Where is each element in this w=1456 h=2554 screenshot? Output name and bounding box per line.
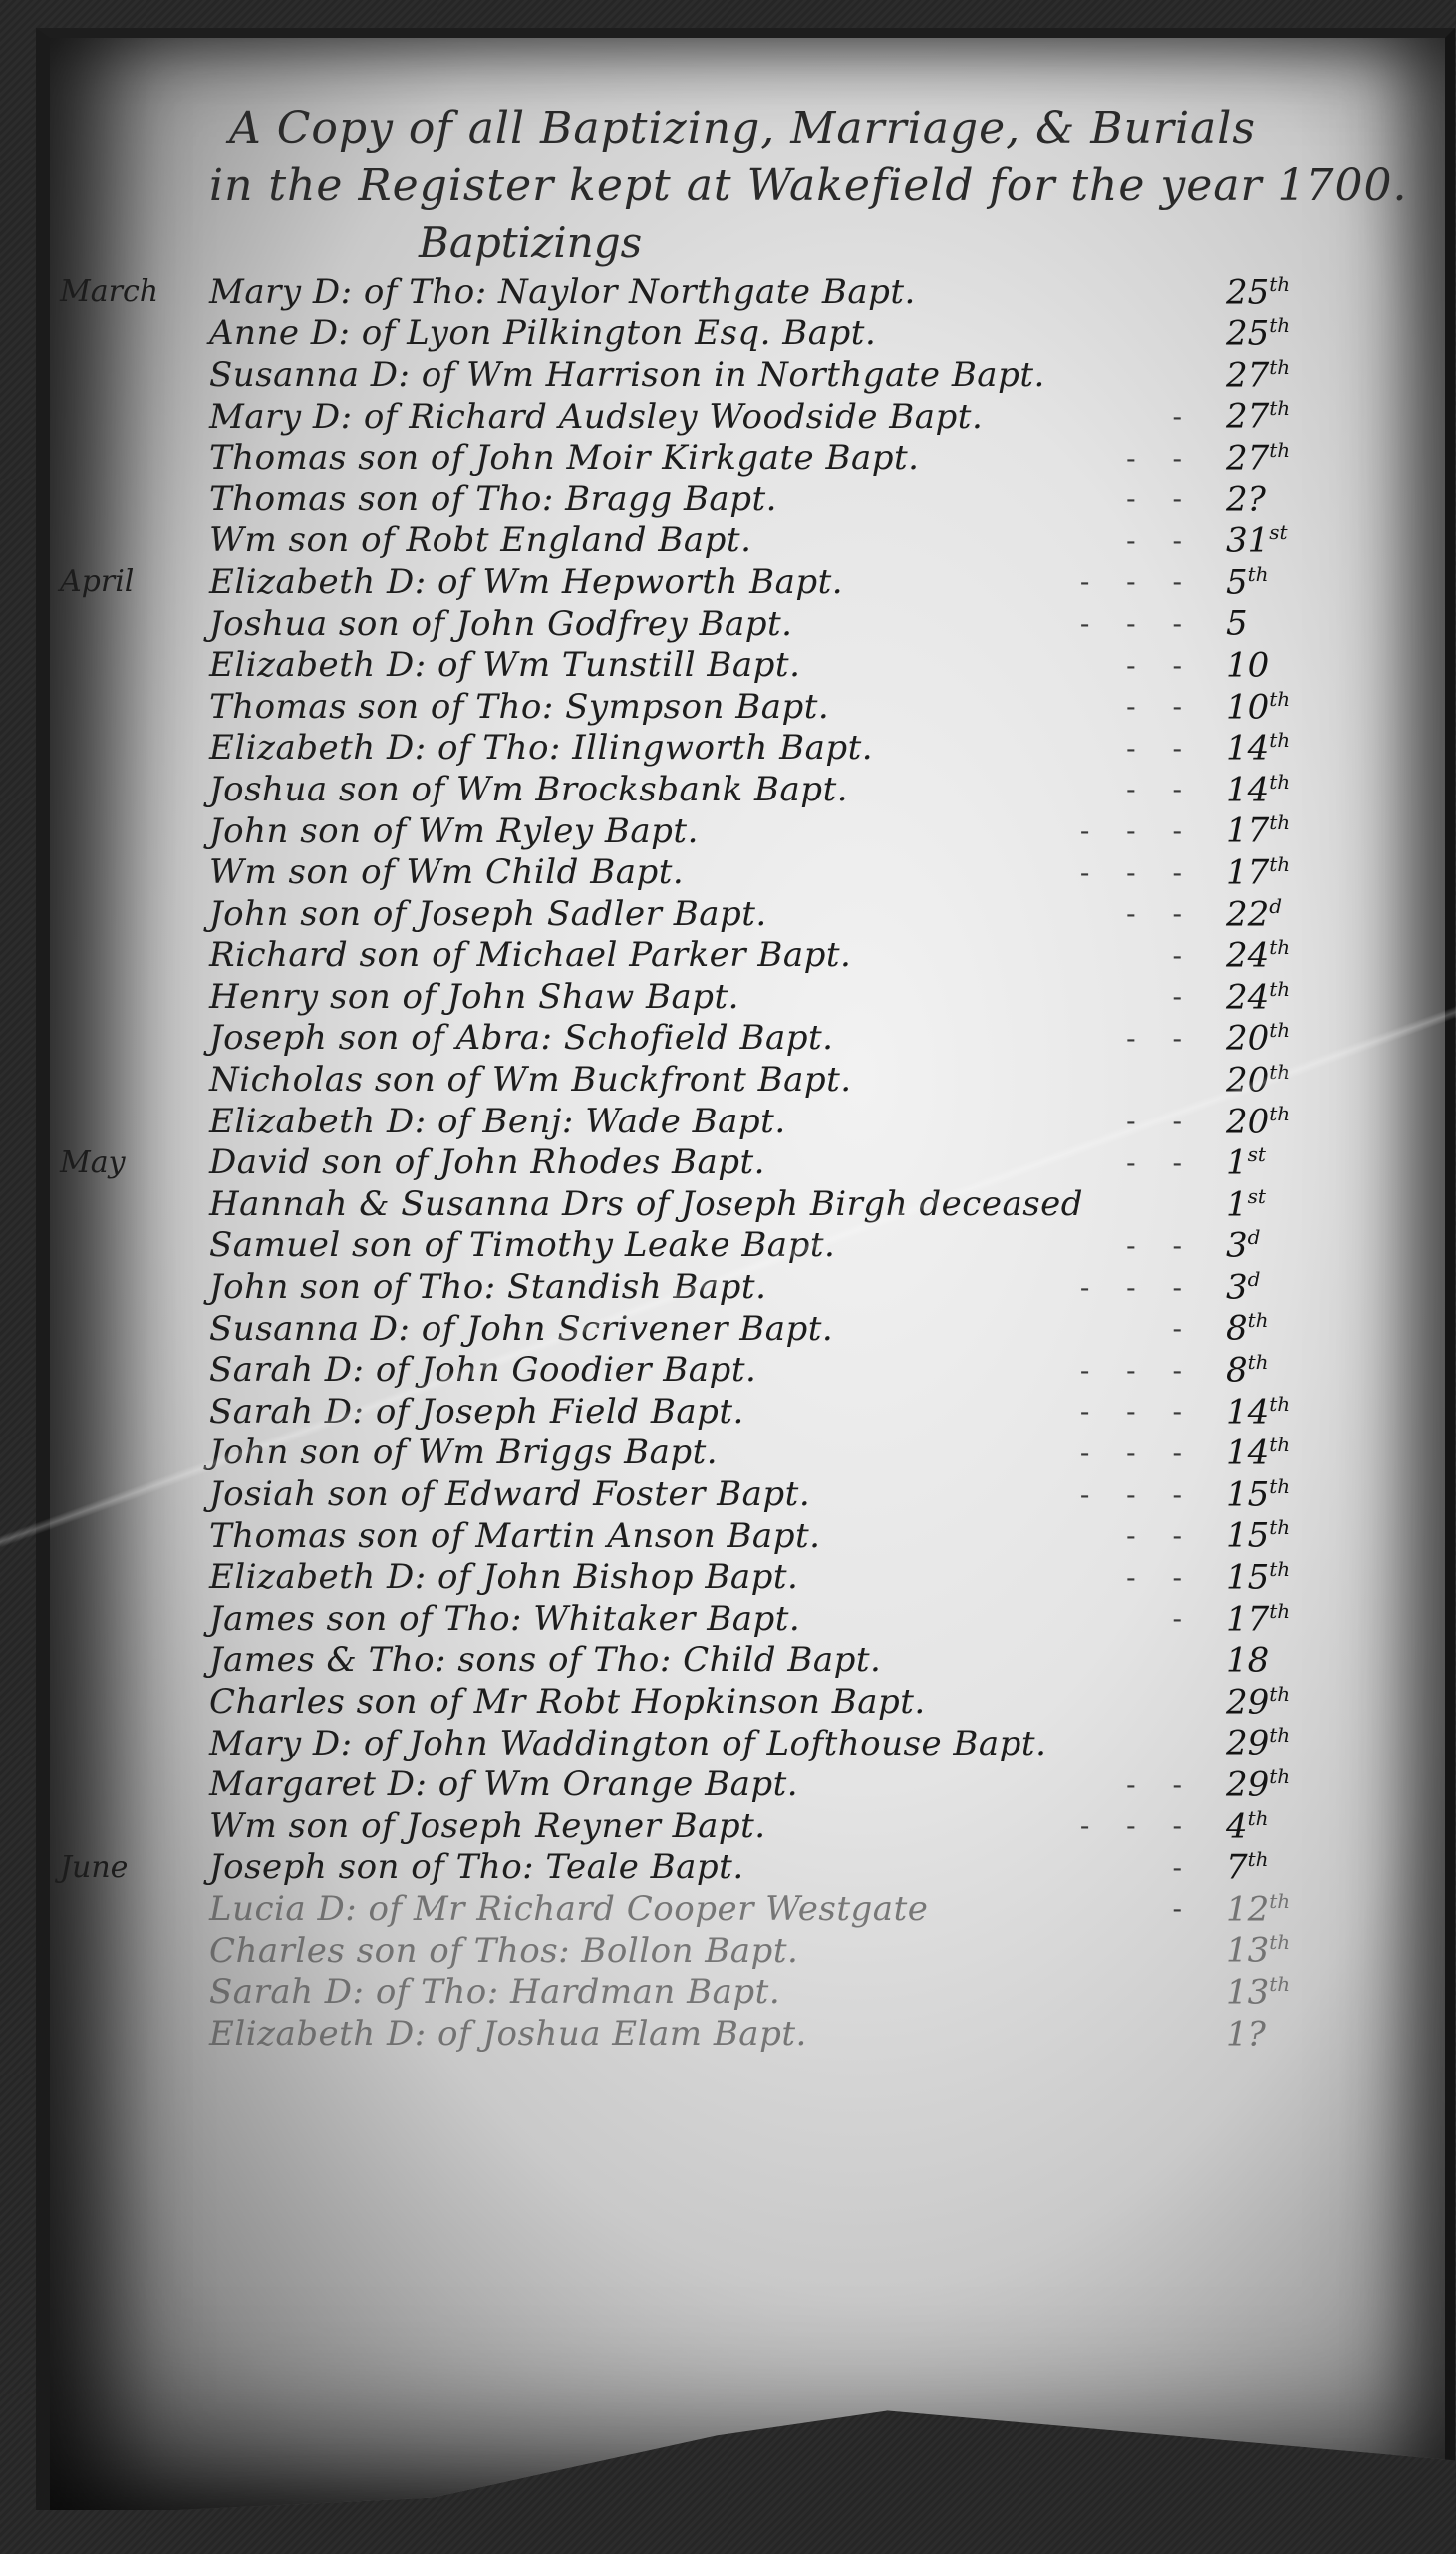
list-item: Mary D: of John Waddington of Lofthouse …: [60, 1723, 1375, 1764]
date-day: 24: [1226, 977, 1269, 1017]
entry-date: 29th: [1226, 1723, 1335, 1762]
entry-text: Joshua son of John Godfrey Bapt.: [209, 604, 792, 644]
date-day: 8: [1226, 1350, 1248, 1390]
date-day: 15: [1226, 1557, 1269, 1597]
entry-text: Hannah & Susanna Drs of Joseph Birgh dec…: [209, 1184, 1083, 1224]
leader-dashes: - -: [1126, 442, 1196, 475]
date-day: 4: [1226, 1806, 1248, 1846]
entry-date: 15th: [1226, 1557, 1335, 1597]
leader-dashes: - -: [1126, 1022, 1196, 1055]
date-suffix: th: [1269, 810, 1290, 834]
entry-date: 3d: [1226, 1267, 1335, 1307]
date-suffix: th: [1248, 1806, 1269, 1830]
list-item: Richard son of Michael Parker Bapt.-24th: [60, 935, 1375, 977]
entry-text: Sarah D: of Joseph Field Bapt.: [209, 1392, 744, 1432]
entry-date: 10: [1226, 645, 1335, 685]
list-item: John son of Wm Briggs Bapt.- - -14th: [60, 1433, 1375, 1474]
date-day: 27: [1226, 438, 1269, 478]
date-suffix: th: [1269, 1433, 1290, 1456]
list-item: MayDavid son of John Rhodes Bapt.- -1st: [60, 1141, 1375, 1183]
entry-date: 2?: [1226, 479, 1335, 519]
entry-date: 20th: [1226, 1102, 1335, 1141]
date-day: 13: [1226, 1931, 1269, 1971]
date-suffix: th: [1269, 1018, 1290, 1042]
title-line-1: A Copy of all Baptizing, Marriage, & Bur…: [229, 100, 1405, 158]
date-suffix: th: [1269, 1557, 1290, 1581]
entry-text: Charles son of Mr Robt Hopkinson Bapt.: [209, 1682, 926, 1722]
date-day: 29: [1226, 1764, 1269, 1804]
date-day: 25: [1226, 272, 1269, 312]
list-item: Susanna D: of John Scrivener Bapt.-8th: [60, 1308, 1375, 1350]
list-item: Susanna D: of Wm Harrison in Northgate B…: [60, 354, 1375, 396]
entry-text: Thomas son of John Moir Kirkgate Bapt.: [209, 438, 919, 478]
leader-dashes: -: [1173, 939, 1196, 972]
list-item: Thomas son of Tho: Bragg Bapt.- -2?: [60, 479, 1375, 520]
entry-date: 8th: [1226, 1308, 1335, 1348]
entry-date: 29th: [1226, 1764, 1335, 1804]
entry-date: 22d: [1226, 894, 1335, 934]
date-day: 29: [1226, 1724, 1269, 1763]
entry-date: 25th: [1226, 313, 1335, 353]
leader-dashes: -: [1173, 1892, 1196, 1925]
list-item: Elizabeth D: of Joshua Elam Bapt.1?: [60, 2013, 1375, 2055]
entry-date: 1st: [1226, 1142, 1335, 1182]
list-item: Hannah & Susanna Drs of Joseph Birgh dec…: [60, 1183, 1375, 1225]
leader-dashes: - - -: [1080, 814, 1196, 847]
entry-date: 20th: [1226, 1060, 1335, 1100]
baptism-entries-list: MarchMary D: of Tho: Naylor Northgate Ba…: [60, 271, 1375, 2055]
entry-text: Sarah D: of John Goodier Bapt.: [209, 1350, 756, 1390]
entry-date: 1st: [1226, 1184, 1335, 1224]
list-item: Elizabeth D: of John Bishop Bapt.- -15th: [60, 1556, 1375, 1598]
entry-date: 17th: [1226, 810, 1335, 850]
entry-date: 24th: [1226, 935, 1335, 975]
entry-text: John son of Tho: Standish Bapt.: [209, 1267, 766, 1307]
month-label: April: [60, 564, 189, 599]
date-day: 22: [1226, 894, 1269, 934]
list-item: Elizabeth D: of Tho: Illingworth Bapt.- …: [60, 728, 1375, 770]
date-suffix: st: [1248, 1184, 1266, 1208]
leader-dashes: - -: [1126, 1105, 1196, 1137]
date-day: 14: [1226, 770, 1269, 809]
entry-text: Josiah son of Edward Foster Bapt.: [209, 1474, 810, 1514]
leader-dashes: - -: [1126, 1519, 1196, 1552]
list-item: Thomas son of Tho: Sympson Bapt.- -10th: [60, 686, 1375, 728]
section-title: Baptizings: [419, 215, 1405, 271]
leader-dashes: - - -: [1080, 1271, 1196, 1304]
entry-text: Wm son of Joseph Reyner Bapt.: [209, 1806, 766, 1846]
entry-date: 5: [1226, 603, 1335, 643]
entry-date: 15th: [1226, 1515, 1335, 1555]
entry-text: Elizabeth D: of Joshua Elam Bapt.: [209, 2014, 807, 2054]
date-day: 12: [1226, 1889, 1269, 1929]
month-label: May: [60, 1145, 189, 1180]
entry-date: 14th: [1226, 1392, 1335, 1432]
entry-text: Mary D: of Richard Audsley Woodside Bapt…: [209, 397, 983, 437]
date-day: 20: [1226, 1019, 1269, 1059]
leader-dashes: - -: [1126, 1229, 1196, 1262]
leader-dashes: - - -: [1080, 1437, 1196, 1469]
list-item: Sarah D: of Joseph Field Bapt.- - -14th: [60, 1391, 1375, 1433]
list-item: Wm son of Robt England Bapt.- -31st: [60, 520, 1375, 562]
entry-text: David son of John Rhodes Bapt.: [209, 1142, 765, 1182]
date-day: 5: [1226, 604, 1248, 644]
date-day: 27: [1226, 397, 1269, 437]
date-day: 18: [1226, 1641, 1269, 1681]
list-item: Henry son of John Shaw Bapt.-24th: [60, 976, 1375, 1018]
leader-dashes: - -: [1126, 897, 1196, 930]
entry-text: Mary D: of John Waddington of Lofthouse …: [209, 1724, 1046, 1763]
date-suffix: th: [1248, 1308, 1269, 1332]
date-day: 10: [1226, 645, 1269, 685]
date-suffix: th: [1269, 1889, 1290, 1913]
entry-date: 15th: [1226, 1474, 1335, 1514]
entry-text: Mary D: of Tho: Naylor Northgate Bapt.: [209, 272, 916, 312]
entry-text: Susanna D: of Wm Harrison in Northgate B…: [209, 355, 1045, 395]
entry-text: Margaret D: of Wm Orange Bapt.: [209, 1764, 798, 1804]
list-item: James son of Tho: Whitaker Bapt.-17th: [60, 1598, 1375, 1640]
entry-text: Susanna D: of John Scrivener Bapt.: [209, 1309, 833, 1349]
entry-text: John son of Wm Ryley Bapt.: [209, 811, 699, 851]
date-suffix: st: [1269, 520, 1287, 544]
list-item: Josiah son of Edward Foster Bapt.- - -15…: [60, 1473, 1375, 1515]
date-suffix: th: [1269, 728, 1290, 752]
date-suffix: th: [1269, 1060, 1290, 1084]
date-suffix: th: [1269, 687, 1290, 711]
list-item: JuneJoseph son of Tho: Teale Bapt.-7th: [60, 1847, 1375, 1889]
list-item: Lucia D: of Mr Richard Cooper Westgate-1…: [60, 1888, 1375, 1930]
entry-text: Anne D: of Lyon Pilkington Esq. Bapt.: [209, 313, 876, 353]
entry-date: 20th: [1226, 1018, 1335, 1058]
entry-date: 17th: [1226, 1599, 1335, 1639]
leader-dashes: -: [1173, 1851, 1196, 1884]
date-day: 8: [1226, 1309, 1248, 1349]
date-suffix: d: [1248, 1267, 1261, 1291]
date-day: 27: [1226, 355, 1269, 395]
date-suffix: th: [1269, 1723, 1290, 1747]
date-suffix: th: [1269, 1474, 1290, 1498]
entry-text: Elizabeth D: of Wm Hepworth Bapt.: [209, 562, 843, 602]
entry-date: 13th: [1226, 1930, 1335, 1970]
entry-date: 14th: [1226, 770, 1335, 809]
date-suffix: th: [1269, 852, 1290, 876]
date-day: 14: [1226, 728, 1269, 768]
entry-date: 4th: [1226, 1806, 1335, 1846]
date-day: 17: [1226, 1599, 1269, 1639]
list-item: John son of Tho: Standish Bapt.- - -3d: [60, 1266, 1375, 1308]
list-item: Mary D: of Richard Audsley Woodside Bapt…: [60, 396, 1375, 438]
leader-dashes: - - -: [1080, 1809, 1196, 1842]
date-suffix: th: [1269, 1102, 1290, 1125]
entry-date: 1?: [1226, 2014, 1335, 2054]
document-header: A Copy of all Baptizing, Marriage, & Bur…: [229, 100, 1405, 271]
date-day: 24: [1226, 935, 1269, 975]
date-suffix: th: [1269, 1599, 1290, 1623]
date-day: 14: [1226, 1392, 1269, 1432]
entry-date: 27th: [1226, 396, 1335, 436]
date-suffix: th: [1269, 355, 1290, 379]
date-day: 17: [1226, 811, 1269, 851]
date-day: 1: [1226, 1184, 1248, 1224]
entry-date: 14th: [1226, 728, 1335, 768]
date-suffix: th: [1269, 1972, 1290, 1996]
entry-date: 3d: [1226, 1225, 1335, 1265]
date-suffix: th: [1269, 977, 1290, 1001]
date-suffix: th: [1248, 1350, 1269, 1374]
entry-text: Joseph son of Tho: Teale Bapt.: [209, 1847, 744, 1887]
date-day: 3: [1226, 1226, 1248, 1266]
entry-text: Wm son of Wm Child Bapt.: [209, 852, 684, 892]
entry-text: Thomas son of Tho: Sympson Bapt.: [209, 687, 829, 727]
entry-date: 24th: [1226, 977, 1335, 1017]
entry-text: John son of Joseph Sadler Bapt.: [209, 894, 767, 934]
leader-dashes: - -: [1126, 732, 1196, 765]
title-line-2: in the Register kept at Wakefield for th…: [209, 158, 1405, 215]
list-item: AprilElizabeth D: of Wm Hepworth Bapt.- …: [60, 561, 1375, 603]
list-item: Elizabeth D: of Benj: Wade Bapt.- -20th: [60, 1101, 1375, 1142]
list-item: Sarah D: of Tho: Hardman Bapt.13th: [60, 1971, 1375, 2013]
date-day: 20: [1226, 1060, 1269, 1100]
leader-dashes: -: [1173, 400, 1196, 433]
entry-text: Elizabeth D: of Wm Tunstill Bapt.: [209, 645, 800, 685]
list-item: MarchMary D: of Tho: Naylor Northgate Ba…: [60, 271, 1375, 313]
date-day: 3: [1226, 1267, 1248, 1307]
date-day: 1?: [1226, 2014, 1266, 2054]
leader-dashes: - -: [1126, 524, 1196, 557]
date-day: 17: [1226, 852, 1269, 892]
entry-text: Wm son of Robt England Bapt.: [209, 520, 751, 560]
list-item: Samuel son of Timothy Leake Bapt.- -3d: [60, 1225, 1375, 1267]
entry-text: Joshua son of Wm Brocksbank Bapt.: [209, 770, 848, 809]
entry-text: James son of Tho: Whitaker Bapt.: [209, 1599, 800, 1639]
entry-text: Henry son of John Shaw Bapt.: [209, 977, 739, 1017]
list-item: Joshua son of Wm Brocksbank Bapt.- -14th: [60, 769, 1375, 810]
entry-date: 12th: [1226, 1889, 1335, 1929]
leader-dashes: - -: [1126, 649, 1196, 682]
date-suffix: th: [1269, 1515, 1290, 1539]
date-day: 15: [1226, 1474, 1269, 1514]
entry-date: 29th: [1226, 1682, 1335, 1722]
leader-dashes: -: [1173, 980, 1196, 1013]
month-label: June: [60, 1850, 189, 1885]
entry-text: Nicholas son of Wm Buckfront Bapt.: [209, 1060, 852, 1100]
entry-date: 18: [1226, 1640, 1335, 1680]
entry-date: 8th: [1226, 1350, 1335, 1390]
leader-dashes: - - -: [1080, 607, 1196, 640]
date-day: 5: [1226, 562, 1248, 602]
list-item: Wm son of Wm Child Bapt.- - -17th: [60, 851, 1375, 893]
entry-text: Elizabeth D: of Tho: Illingworth Bapt.: [209, 728, 873, 768]
entry-text: Samuel son of Timothy Leake Bapt.: [209, 1225, 835, 1265]
leader-dashes: - - -: [1080, 856, 1196, 889]
date-suffix: th: [1269, 1392, 1290, 1416]
list-item: John son of Wm Ryley Bapt.- - -17th: [60, 810, 1375, 852]
leader-dashes: - - -: [1080, 1478, 1196, 1511]
entry-date: 27th: [1226, 438, 1335, 478]
date-suffix: th: [1269, 272, 1290, 296]
entry-date: 14th: [1226, 1433, 1335, 1472]
date-day: 10: [1226, 687, 1269, 727]
entry-text: James & Tho: sons of Tho: Child Bapt.: [209, 1640, 881, 1680]
entry-text: Charles son of Thos: Bollon Bapt.: [209, 1931, 798, 1971]
entry-date: 5th: [1226, 562, 1335, 602]
list-item: Charles son of Thos: Bollon Bapt.13th: [60, 1930, 1375, 1972]
list-item: Charles son of Mr Robt Hopkinson Bapt.29…: [60, 1681, 1375, 1723]
date-suffix: th: [1269, 770, 1290, 794]
entry-date: 25th: [1226, 272, 1335, 312]
date-day: 15: [1226, 1516, 1269, 1556]
entry-date: 17th: [1226, 852, 1335, 892]
list-item: Joshua son of John Godfrey Bapt.- - -5: [60, 603, 1375, 645]
date-suffix: d: [1269, 894, 1282, 918]
leader-dashes: - - -: [1080, 1395, 1196, 1428]
leader-dashes: - -: [1126, 482, 1196, 515]
leader-dashes: - - -: [1080, 565, 1196, 598]
date-suffix: th: [1269, 438, 1290, 462]
date-day: 7: [1226, 1848, 1248, 1888]
entry-text: Thomas son of Martin Anson Bapt.: [209, 1516, 820, 1556]
date-suffix: th: [1269, 396, 1290, 420]
list-item: Joseph son of Abra: Schofield Bapt.- -20…: [60, 1018, 1375, 1060]
leader-dashes: -: [1173, 1312, 1196, 1345]
date-day: 20: [1226, 1102, 1269, 1141]
leader-dashes: - -: [1126, 1561, 1196, 1594]
leader-dashes: - -: [1126, 773, 1196, 805]
date-suffix: th: [1269, 1930, 1290, 1954]
entry-text: John son of Wm Briggs Bapt.: [209, 1433, 718, 1472]
date-suffix: th: [1248, 1847, 1269, 1871]
entry-text: Elizabeth D: of John Bishop Bapt.: [209, 1557, 798, 1597]
date-day: 25: [1226, 314, 1269, 354]
date-day: 2?: [1226, 479, 1266, 519]
entry-text: Joseph son of Abra: Schofield Bapt.: [209, 1018, 833, 1058]
leader-dashes: - -: [1126, 1768, 1196, 1801]
date-day: 29: [1226, 1682, 1269, 1722]
list-item: Margaret D: of Wm Orange Bapt.- -29th: [60, 1763, 1375, 1805]
list-item: Elizabeth D: of Wm Tunstill Bapt.- -10: [60, 644, 1375, 686]
date-day: 31: [1226, 521, 1269, 561]
leader-dashes: -: [1173, 1602, 1196, 1635]
list-item: Thomas son of John Moir Kirkgate Bapt.- …: [60, 437, 1375, 479]
entry-date: 7th: [1226, 1847, 1335, 1887]
entry-text: Sarah D: of Tho: Hardman Bapt.: [209, 1972, 780, 2012]
date-suffix: th: [1269, 1682, 1290, 1706]
entry-date: 10th: [1226, 687, 1335, 727]
date-suffix: th: [1248, 562, 1269, 586]
date-suffix: st: [1248, 1142, 1266, 1166]
leader-dashes: - - -: [1080, 1354, 1196, 1387]
list-item: John son of Joseph Sadler Bapt.- -22d: [60, 893, 1375, 935]
list-item: Anne D: of Lyon Pilkington Esq. Bapt.25t…: [60, 313, 1375, 355]
entry-date: 31st: [1226, 520, 1335, 560]
list-item: James & Tho: sons of Tho: Child Bapt.18: [60, 1640, 1375, 1682]
date-suffix: th: [1269, 935, 1290, 959]
entry-date: 27th: [1226, 355, 1335, 395]
date-suffix: d: [1248, 1225, 1261, 1249]
date-suffix: th: [1269, 1764, 1290, 1788]
leader-dashes: - -: [1126, 690, 1196, 723]
entry-text: Thomas son of Tho: Bragg Bapt.: [209, 479, 777, 519]
entry-text: Lucia D: of Mr Richard Cooper Westgate: [209, 1889, 928, 1929]
leader-dashes: - -: [1126, 1146, 1196, 1179]
month-label: March: [60, 274, 189, 309]
list-item: Thomas son of Martin Anson Bapt.- -15th: [60, 1515, 1375, 1557]
list-item: Sarah D: of John Goodier Bapt.- - -8th: [60, 1349, 1375, 1391]
entry-text: Elizabeth D: of Benj: Wade Bapt.: [209, 1102, 786, 1141]
date-day: 1: [1226, 1142, 1248, 1182]
date-suffix: th: [1269, 313, 1290, 337]
list-item: Wm son of Joseph Reyner Bapt.- - -4th: [60, 1805, 1375, 1847]
list-item: Nicholas son of Wm Buckfront Bapt.20th: [60, 1059, 1375, 1101]
date-day: 14: [1226, 1434, 1269, 1473]
date-day: 13: [1226, 1972, 1269, 2012]
entry-date: 13th: [1226, 1972, 1335, 2012]
entry-text: Richard son of Michael Parker Bapt.: [209, 935, 851, 975]
